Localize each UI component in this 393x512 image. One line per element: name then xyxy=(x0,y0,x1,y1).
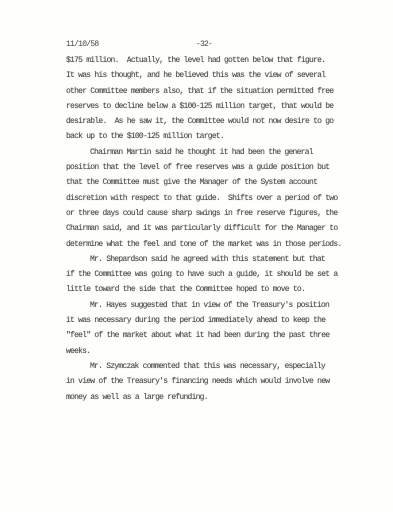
text-line: discretion with respect to that guide. S… xyxy=(66,191,356,206)
text-line: position that the level of free reserves… xyxy=(66,160,356,175)
text-line: or three days could cause sharp swings i… xyxy=(66,206,356,221)
text-line: little toward the side that the Committe… xyxy=(66,282,356,297)
text-line: in view of the Treasury's financing need… xyxy=(66,374,356,389)
document-page: 11/10/58 -32- $175 million. Actually, th… xyxy=(0,0,393,512)
text-line: back up to the $100-125 million target. xyxy=(66,129,356,144)
text-line: that the Committee must give the Manager… xyxy=(66,175,356,190)
text-line: other Committee members also, that if th… xyxy=(66,84,356,99)
text-line: $175 million. Actually, the level had go… xyxy=(66,53,356,68)
paragraph: Mr. Shepardson said he agreed with this … xyxy=(66,252,356,298)
paragraph: Chairman Martin said he thought it had b… xyxy=(66,145,356,252)
text-line: it was necessary during the period immed… xyxy=(66,313,356,328)
text-line: It was his thought, and he believed this… xyxy=(66,68,356,83)
text-line: "feel" of the market about what it had b… xyxy=(66,328,356,343)
text-line: weeks. xyxy=(66,344,356,359)
text-line: reserves to decline below a $100-125 mil… xyxy=(66,99,356,114)
paragraph: Mr. Hayes suggested that in view of the … xyxy=(66,298,356,359)
document-body: $175 million. Actually, the level had go… xyxy=(66,53,356,405)
paragraph: $175 million. Actually, the level had go… xyxy=(66,53,356,145)
text-line: Chairman said, and it was particularly d… xyxy=(66,221,356,236)
text-line: desirable. As he saw it, the Committee w… xyxy=(66,114,356,129)
text-line: Mr. Hayes suggested that in view of the … xyxy=(66,298,356,313)
text-line: money as well as a large refunding. xyxy=(66,390,356,405)
page-number: -32- xyxy=(66,40,342,49)
text-line: Mr. Shepardson said he agreed with this … xyxy=(66,252,356,267)
paragraph: Mr. Szymczak commented that this was nec… xyxy=(66,359,356,405)
text-line: if the Committee was going to have such … xyxy=(66,267,356,282)
text-line: Chairman Martin said he thought it had b… xyxy=(66,145,356,160)
text-line: Mr. Szymczak commented that this was nec… xyxy=(66,359,356,374)
text-line: determine what the feel and tone of the … xyxy=(66,237,356,252)
page-header: 11/10/58 -32- xyxy=(66,40,342,52)
